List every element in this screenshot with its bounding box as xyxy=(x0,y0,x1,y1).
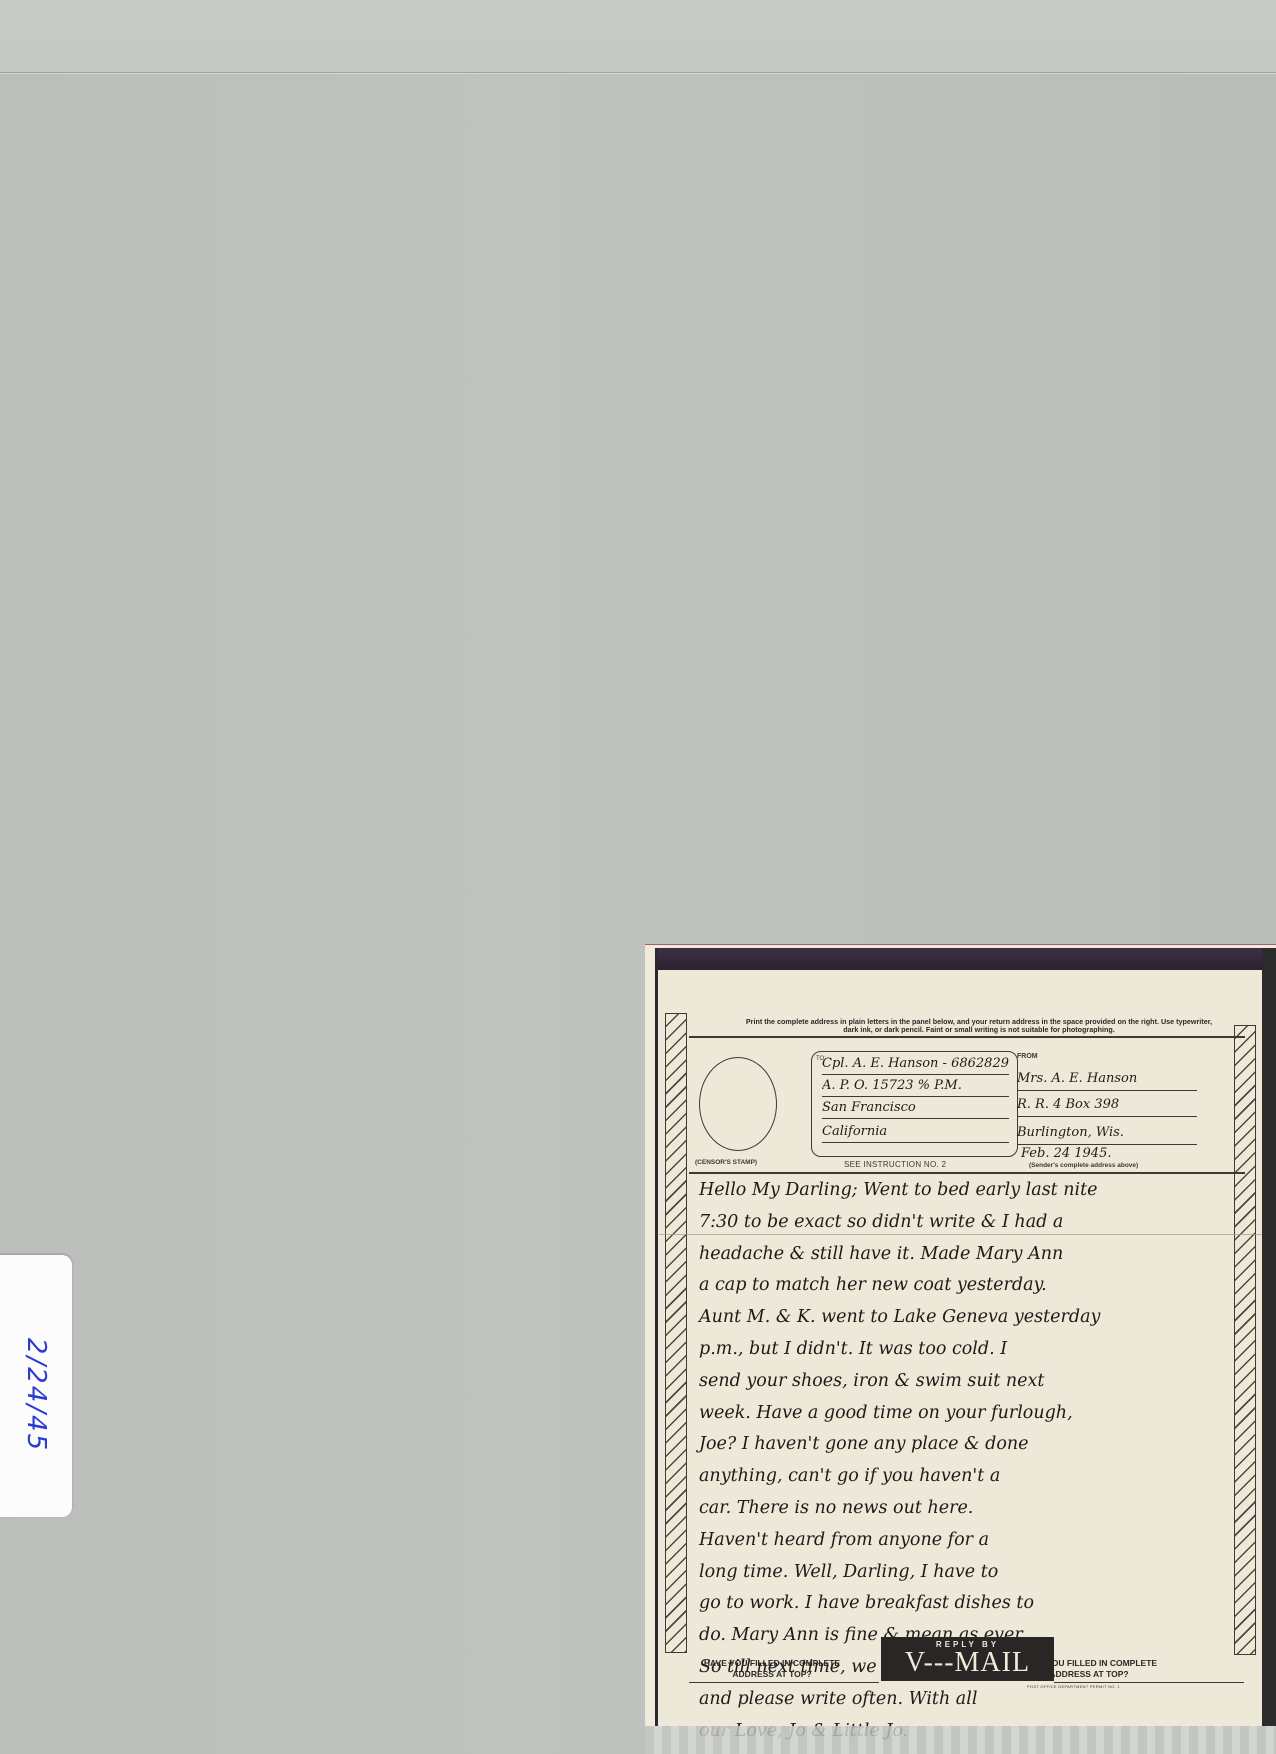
see-instruction-note: SEE INSTRUCTION NO. 2 xyxy=(844,1160,946,1169)
letter-line: Joe? I haven't gone any place & done xyxy=(699,1429,1219,1461)
right-hatched-margin xyxy=(1234,1025,1256,1655)
from-address-line: Burlington, Wis. xyxy=(1017,1122,1197,1145)
to-address-line: Cpl. A. E. Hanson - 6862829 xyxy=(822,1054,1009,1075)
permit-notice: POST OFFICE DEPARTMENT PERMIT NO. 1 xyxy=(1027,1684,1120,1689)
letter-line: p.m., but I didn't. It was too cold. I xyxy=(699,1334,1219,1366)
sender-caption: (Sender's complete address above) xyxy=(1029,1162,1138,1169)
letter-line: go to work. I have breakfast dishes to xyxy=(699,1588,1219,1620)
letter-line: a cap to match her new coat yesterday. xyxy=(699,1270,1219,1302)
handwritten-date: 2/24/45 xyxy=(21,1338,51,1452)
letter-line: Hello My Darling; Went to bed early last… xyxy=(699,1175,1219,1207)
letter-line: and please write often. With all xyxy=(699,1684,1219,1716)
footer-rule-left xyxy=(689,1682,879,1683)
to-address-line: San Francisco xyxy=(822,1098,1009,1119)
top-dark-band xyxy=(655,948,1276,970)
letter-date: Feb. 24 1945. xyxy=(1021,1146,1111,1161)
left-hatched-margin xyxy=(665,1013,687,1653)
letter-line: 7:30 to be exact so didn't write & I had… xyxy=(699,1207,1219,1239)
from-address-line: R. R. 4 Box 398 xyxy=(1017,1094,1197,1117)
letter-line: Haven't heard from anyone for a xyxy=(699,1525,1219,1557)
right-border-bar xyxy=(1262,948,1276,1726)
form-instructions: Print the complete address in plain lett… xyxy=(739,1018,1219,1034)
vmail-form: Print the complete address in plain lett… xyxy=(659,970,1262,1726)
from-address-line: Mrs. A. E. Hanson xyxy=(1017,1068,1197,1091)
censor-stamp-circle xyxy=(699,1057,777,1151)
left-border-bar xyxy=(655,948,658,1726)
to-address-line: California xyxy=(822,1122,1009,1143)
letter-line: anything, can't go if you haven't a xyxy=(699,1461,1219,1493)
letter-line: headache & still have it. Made Mary Ann xyxy=(699,1239,1219,1271)
sleeve-top-strip xyxy=(0,0,1276,73)
side-index-label: 2/24/45 xyxy=(0,1255,72,1517)
letter-line: week. Have a good time on your furlough, xyxy=(699,1398,1219,1430)
footer-reminder-right: HAVE YOU FILLED IN COMPLETE ADDRESS AT T… xyxy=(1014,1658,1164,1680)
censor-stamp-label: (CENSOR'S STAMP) xyxy=(695,1159,757,1166)
to-address-line: A. P. O. 15723 % P.M. xyxy=(822,1076,1009,1097)
vmail-letter: Print the complete address in plain lett… xyxy=(645,945,1276,1726)
header-rule xyxy=(689,1036,1245,1038)
letter-line: long time. Well, Darling, I have to xyxy=(699,1557,1219,1589)
letter-line: Aunt M. & K. went to Lake Geneva yesterd… xyxy=(699,1302,1219,1334)
letter-line: car. There is no news out here. xyxy=(699,1493,1219,1525)
sleeve-perforation-strip xyxy=(645,1726,1276,1754)
footer-reminder-left: HAVE YOU FILLED IN COMPLETE ADDRESS AT T… xyxy=(697,1658,847,1680)
to-address-box: TO: Cpl. A. E. Hanson - 6862829 A. P. O.… xyxy=(811,1051,1018,1157)
footer-rule-right xyxy=(1054,1682,1244,1683)
letter-line: send your shoes, iron & swim suit next xyxy=(699,1366,1219,1398)
address-panel-rule xyxy=(689,1172,1245,1174)
from-label: FROM xyxy=(1017,1053,1038,1060)
